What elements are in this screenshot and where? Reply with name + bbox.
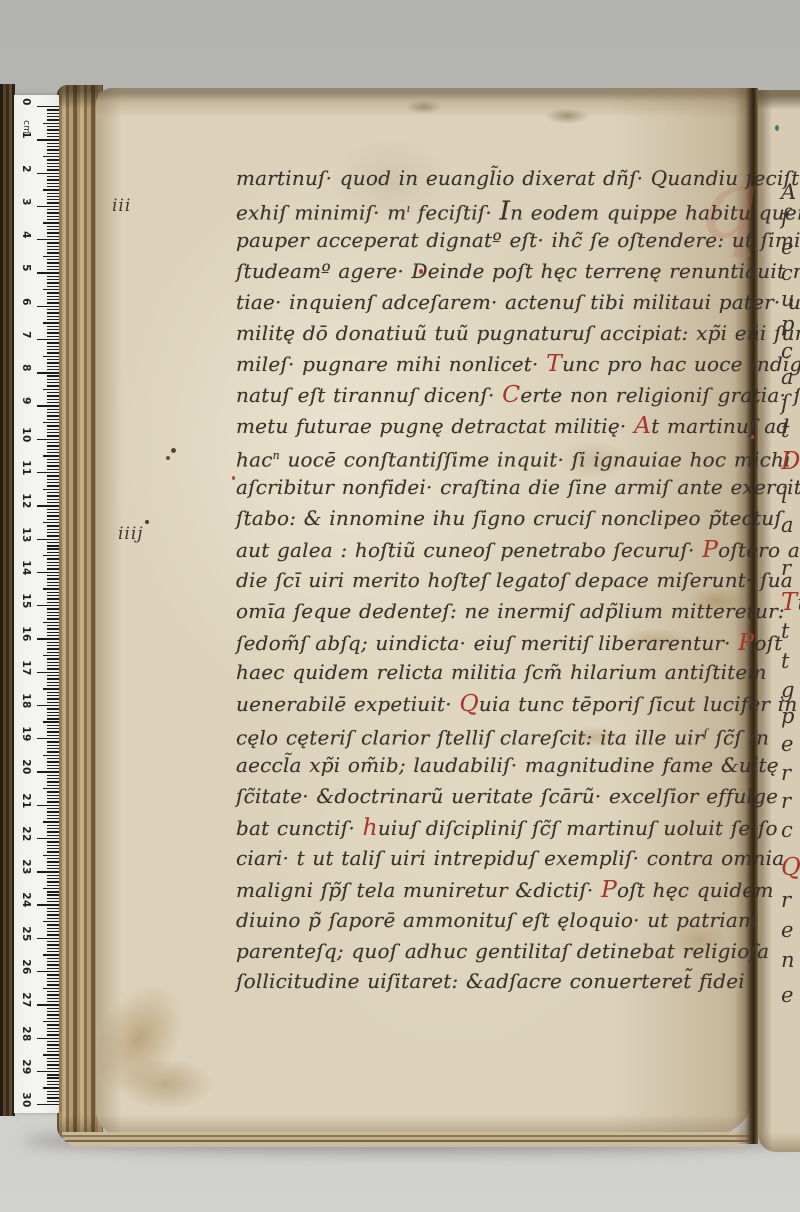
ruler-tick [37, 771, 59, 772]
ruler-tick [47, 818, 59, 819]
ruler-tick [47, 1011, 59, 1012]
text-segment: a [781, 513, 794, 537]
ruler-tick [47, 375, 59, 376]
ruler-tick [47, 565, 59, 566]
ruler-tick [43, 921, 59, 922]
ruler-number: 16 [20, 624, 32, 644]
ruler-tick [37, 871, 59, 872]
ruler-tick [47, 226, 59, 227]
facing-text-fragment: e [781, 235, 793, 259]
ruler-tick [37, 472, 59, 473]
ruler-tick [47, 302, 59, 303]
ruler-tick [47, 149, 59, 150]
ruler-tick [47, 529, 59, 530]
ruler-tick [43, 622, 59, 623]
ruler-tick [47, 479, 59, 480]
ruler-tick [47, 266, 59, 267]
ruler-tick [43, 322, 59, 323]
ruler-tick [47, 568, 59, 569]
ruler-tick [47, 459, 59, 460]
ruler-tick [47, 1091, 59, 1092]
ruler-tick [47, 196, 59, 197]
ruler-tick [47, 778, 59, 779]
text-segment: n [781, 948, 795, 972]
ruler-tick [47, 512, 59, 513]
ruler-tick [47, 249, 59, 250]
ruler-tick [37, 272, 59, 273]
text-segment: f [781, 205, 789, 229]
ruler-number: 5 [20, 258, 32, 278]
ruler-tick [47, 346, 59, 347]
ruler-tick [43, 988, 59, 989]
ruler-tick [47, 558, 59, 559]
ruler-tick [47, 119, 59, 120]
ruler-number: 3 [20, 192, 32, 212]
ruler-tick [47, 751, 59, 752]
ruler-tick [47, 332, 59, 333]
ruler-tick [37, 638, 59, 639]
ruler-tick [47, 582, 59, 583]
ruler-tick [43, 855, 59, 856]
ruler-tick [47, 964, 59, 965]
ruler-tick [43, 688, 59, 689]
rubric-initial: Q [781, 853, 800, 881]
ruler-tick [47, 981, 59, 982]
ruler-tick [47, 109, 59, 110]
ruler-tick [47, 392, 59, 393]
ruler-tick [47, 316, 59, 317]
ruler-tick [43, 1087, 59, 1088]
ruler-tick [47, 815, 59, 816]
ruler-tick [47, 1028, 59, 1029]
ruler-tick [47, 712, 59, 713]
facing-text-fragment: f [781, 205, 789, 229]
ruler: 0123456789101112131415161718192021222324… [14, 95, 59, 1113]
ruler-tick [47, 595, 59, 596]
ruler-number: 8 [20, 358, 32, 378]
ruler-tick [47, 1061, 59, 1062]
facing-text-fragment: e [781, 732, 793, 756]
ruler-tick [47, 193, 59, 194]
ruler-tick [37, 405, 59, 406]
ruler-tick [47, 183, 59, 184]
ruler-tick [47, 349, 59, 350]
ruler-tick [47, 1051, 59, 1052]
ruler-tick [47, 808, 59, 809]
ruler-tick [47, 685, 59, 686]
ruler-tick [47, 186, 59, 187]
ruler-tick [43, 389, 59, 390]
text-segment: a [781, 365, 794, 389]
ruler-tick [47, 1024, 59, 1025]
ruler-tick [47, 359, 59, 360]
ruler-tick [47, 798, 59, 799]
ruler-tick [47, 336, 59, 337]
ruler-number: 13 [20, 525, 32, 545]
ruler-tick [47, 412, 59, 413]
ruler-tick [37, 239, 59, 240]
ruler-tick [47, 542, 59, 543]
ruler-tick [37, 705, 59, 706]
ruler-tick [47, 761, 59, 762]
ruler-tick [47, 978, 59, 979]
ruler-number: 20 [20, 757, 32, 777]
ruler-tick [47, 1034, 59, 1035]
ruler-tick [43, 1054, 59, 1055]
ruler-tick [47, 495, 59, 496]
ruler-tick [37, 106, 59, 107]
ruler-tick [47, 1044, 59, 1045]
ruler-tick [47, 1077, 59, 1078]
ruler-tick [47, 974, 59, 975]
ruler-number: 23 [20, 857, 32, 877]
ruler-tick [47, 914, 59, 915]
ruler-tick [47, 242, 59, 243]
text-segment: p [781, 704, 794, 728]
text-segment: r [781, 761, 791, 785]
ruler-number: 14 [20, 558, 32, 578]
ruler-tick [47, 395, 59, 396]
ruler-tick [47, 735, 59, 736]
ruler-tick [37, 938, 59, 939]
ruler-tick [47, 695, 59, 696]
rubric-initial: D [781, 447, 800, 475]
ruler-tick [47, 1097, 59, 1098]
ruler-tick [47, 968, 59, 969]
ruler-tick [47, 718, 59, 719]
ruler-tick [47, 352, 59, 353]
ruler-tick [47, 728, 59, 729]
ruler-number: 27 [20, 990, 32, 1010]
facing-text-fragment: r [781, 789, 791, 813]
ruler-tick [43, 522, 59, 523]
ruler-tick [47, 775, 59, 776]
ruler-number: 30 [20, 1090, 32, 1110]
ruler-tick [47, 113, 59, 114]
ruler-tick [47, 445, 59, 446]
facing-text-fragment: p [781, 312, 794, 336]
facing-text-fragment: c [781, 261, 793, 285]
text-segment: c [781, 339, 793, 363]
ruler-tick [47, 449, 59, 450]
ruler-tick [47, 725, 59, 726]
facing-text-fragment: n [781, 948, 795, 972]
ruler-tick [43, 256, 59, 257]
facing-text-fragment: c [781, 818, 793, 842]
ruler-tick [47, 675, 59, 676]
ruler-tick [47, 941, 59, 942]
text-segment: c [781, 818, 793, 842]
ruler-tick [47, 585, 59, 586]
ruler-tick [47, 1068, 59, 1069]
ruler-tick [47, 279, 59, 280]
ruler-tick [37, 572, 59, 573]
ruler-tick [47, 1084, 59, 1085]
ruler-tick [37, 1038, 59, 1039]
ruler-tick [47, 296, 59, 297]
facing-text-fragment: a [781, 365, 794, 389]
ruler-tick [47, 366, 59, 367]
ruler-tick [37, 1004, 59, 1005]
ruler-tick [37, 838, 59, 839]
ruler-tick [47, 382, 59, 383]
ruler-tick [47, 682, 59, 683]
ruler-tick [47, 319, 59, 320]
ruler-tick [47, 562, 59, 563]
ruler-tick [47, 1064, 59, 1065]
text-segment: A [781, 180, 796, 204]
ruler-tick [47, 702, 59, 703]
ruler-tick [47, 1001, 59, 1002]
ruler-tick [47, 116, 59, 117]
ruler-tick [37, 1071, 59, 1072]
ruler-tick [47, 402, 59, 403]
manuscript-photograph: q martinuſ· quod in euangl̃io dixerat dñ… [0, 0, 800, 1212]
ruler-tick [47, 362, 59, 363]
facing-text-fragment: u [781, 287, 795, 311]
ruler-tick [47, 252, 59, 253]
ruler-tick [43, 356, 59, 357]
ruler-tick [47, 269, 59, 270]
text-segment: t [781, 418, 789, 442]
ruler-tick [37, 539, 59, 540]
ruler-tick [47, 618, 59, 619]
text-segment: u [781, 287, 795, 311]
ruler-tick [37, 738, 59, 739]
ruler-tick [47, 592, 59, 593]
ruler-tick [47, 282, 59, 283]
text-segment: t [781, 619, 789, 643]
ruler-tick [47, 475, 59, 476]
ruler-tick [37, 505, 59, 506]
ruler-tick [47, 928, 59, 929]
ruler-tick [47, 678, 59, 679]
ruler-tick [47, 532, 59, 533]
ruler-tick [47, 129, 59, 130]
facing-text-fragment: t [781, 418, 789, 442]
ruler-tick [47, 326, 59, 327]
ruler-tick [47, 898, 59, 899]
ruler-tick [47, 229, 59, 230]
ruler-tick [47, 552, 59, 553]
ruler-tick [47, 924, 59, 925]
ruler-tick [47, 692, 59, 693]
ruler-tick [47, 179, 59, 180]
ruler-tick [47, 499, 59, 500]
ruler-tick [47, 845, 59, 846]
ruler-tick [47, 931, 59, 932]
ruler-tick [47, 961, 59, 962]
ruler-number: 0 [20, 92, 32, 112]
ruler-tick [47, 259, 59, 260]
ruler-tick [47, 159, 59, 160]
ruler-tick [47, 801, 59, 802]
facing-text-fragment: r [781, 761, 791, 785]
ruler-tick [47, 825, 59, 826]
ruler-scale: 0123456789101112131415161718192021222324… [14, 95, 59, 1113]
ruler-tick [37, 339, 59, 340]
ruler-tick [47, 465, 59, 466]
ruler-tick [47, 312, 59, 313]
ruler-tick [47, 143, 59, 144]
ruler-tick [47, 262, 59, 263]
ruler-tick [47, 608, 59, 609]
ruler-unit-label: cm [21, 117, 31, 137]
ruler-tick [47, 612, 59, 613]
ruler-number: 29 [20, 1057, 32, 1077]
ruler-tick [47, 133, 59, 134]
ruler-tick [47, 715, 59, 716]
ruler-tick [47, 202, 59, 203]
facing-text-fragment: e [781, 983, 793, 1007]
ruler-tick [47, 835, 59, 836]
ruler-tick [43, 588, 59, 589]
ruler-tick [47, 645, 59, 646]
ruler-tick [47, 309, 59, 310]
ruler-tick [47, 379, 59, 380]
ruler-tick [47, 1008, 59, 1009]
text-segment: r [781, 556, 791, 580]
ruler-tick [47, 615, 59, 616]
ruler-tick [47, 246, 59, 247]
text-segment: l [781, 484, 788, 508]
ruler-tick [47, 435, 59, 436]
facing-text-fragment: ſ [781, 391, 789, 415]
ruler-tick [47, 625, 59, 626]
ruler-tick [47, 632, 59, 633]
ruler-tick [37, 971, 59, 972]
ruler-tick [47, 785, 59, 786]
ruler-tick [43, 422, 59, 423]
ruler-tick [43, 821, 59, 822]
ruler-tick [47, 901, 59, 902]
ruler-tick [47, 662, 59, 663]
ruler-tick [47, 519, 59, 520]
ruler-tick [47, 299, 59, 300]
ruler-tick [37, 904, 59, 905]
ruler-tick [47, 858, 59, 859]
ruler-tick [47, 811, 59, 812]
ruler-tick [47, 598, 59, 599]
ruler-number: 18 [20, 691, 32, 711]
ruler-tick [37, 139, 59, 140]
text-segment: e [781, 235, 793, 259]
ruler-number: 21 [20, 791, 32, 811]
ruler-tick [47, 948, 59, 949]
ruler-tick [47, 452, 59, 453]
ruler-tick [47, 219, 59, 220]
ruler-tick [47, 911, 59, 912]
text-segment: p [781, 312, 794, 336]
ruler-tick [47, 958, 59, 959]
ruler-tick [37, 1104, 59, 1105]
ruler-tick [47, 831, 59, 832]
ruler-tick [47, 525, 59, 526]
ruler-tick [43, 755, 59, 756]
ruler-tick [47, 665, 59, 666]
ruler-tick [47, 731, 59, 732]
ruler-tick [47, 425, 59, 426]
text-segment: t [781, 649, 789, 673]
ruler-number: 24 [20, 890, 32, 910]
ruler-tick [47, 509, 59, 510]
ruler-tick [47, 492, 59, 493]
ruler-number: 7 [20, 325, 32, 345]
ruler-tick [43, 1021, 59, 1022]
facing-text-fragment: t [781, 649, 789, 673]
ruler-tick [47, 868, 59, 869]
ruler-tick [43, 655, 59, 656]
ruler-tick [47, 166, 59, 167]
ruler-tick [43, 954, 59, 955]
ruler-tick [43, 455, 59, 456]
ruler-number: 4 [20, 225, 32, 245]
ruler-tick [47, 419, 59, 420]
ruler-tick [47, 994, 59, 995]
ruler-tick [47, 548, 59, 549]
ruler-tick [47, 415, 59, 416]
ruler-tick [37, 372, 59, 373]
ruler-number: 11 [20, 458, 32, 478]
ruler-tick [43, 555, 59, 556]
ruler-number: 28 [20, 1024, 32, 1044]
ruler-tick [47, 765, 59, 766]
ruler-tick [47, 502, 59, 503]
facing-text-fragment: p [781, 704, 794, 728]
ruler-tick [47, 951, 59, 952]
ruler-tick [37, 306, 59, 307]
ruler-tick [43, 156, 59, 157]
ruler-tick [47, 545, 59, 546]
ruler-tick [47, 578, 59, 579]
ruler-tick [47, 741, 59, 742]
ruler-tick [37, 206, 59, 207]
ruler-tick [47, 865, 59, 866]
ruler-tick [47, 708, 59, 709]
ruler-tick [47, 212, 59, 213]
ruler-tick [47, 342, 59, 343]
ruler-tick [43, 888, 59, 889]
ruler-tick [47, 861, 59, 862]
ruler-tick [47, 635, 59, 636]
ruler-number: 2 [20, 159, 32, 179]
text-segment: r [781, 789, 791, 813]
ruler-tick [47, 199, 59, 200]
ruler-tick [47, 791, 59, 792]
ruler-tick [47, 848, 59, 849]
ruler-tick [47, 236, 59, 237]
ruler-tick [37, 173, 59, 174]
ruler-tick [47, 1058, 59, 1059]
ruler-tick [47, 429, 59, 430]
text-segment: g [781, 678, 794, 702]
text-segment: c [781, 261, 793, 285]
ruler-tick [47, 881, 59, 882]
text-segment: r [781, 888, 791, 912]
ruler-tick [47, 758, 59, 759]
ruler-tick [47, 176, 59, 177]
ruler-tick [47, 642, 59, 643]
ruler-tick [47, 745, 59, 746]
ruler-tick [47, 442, 59, 443]
ruler-number: 6 [20, 292, 32, 312]
ruler-tick [47, 126, 59, 127]
ruler-tick [47, 1041, 59, 1042]
text-segment: e [781, 732, 793, 756]
ruler-tick [47, 748, 59, 749]
ruler-tick [47, 891, 59, 892]
ruler-tick [47, 602, 59, 603]
